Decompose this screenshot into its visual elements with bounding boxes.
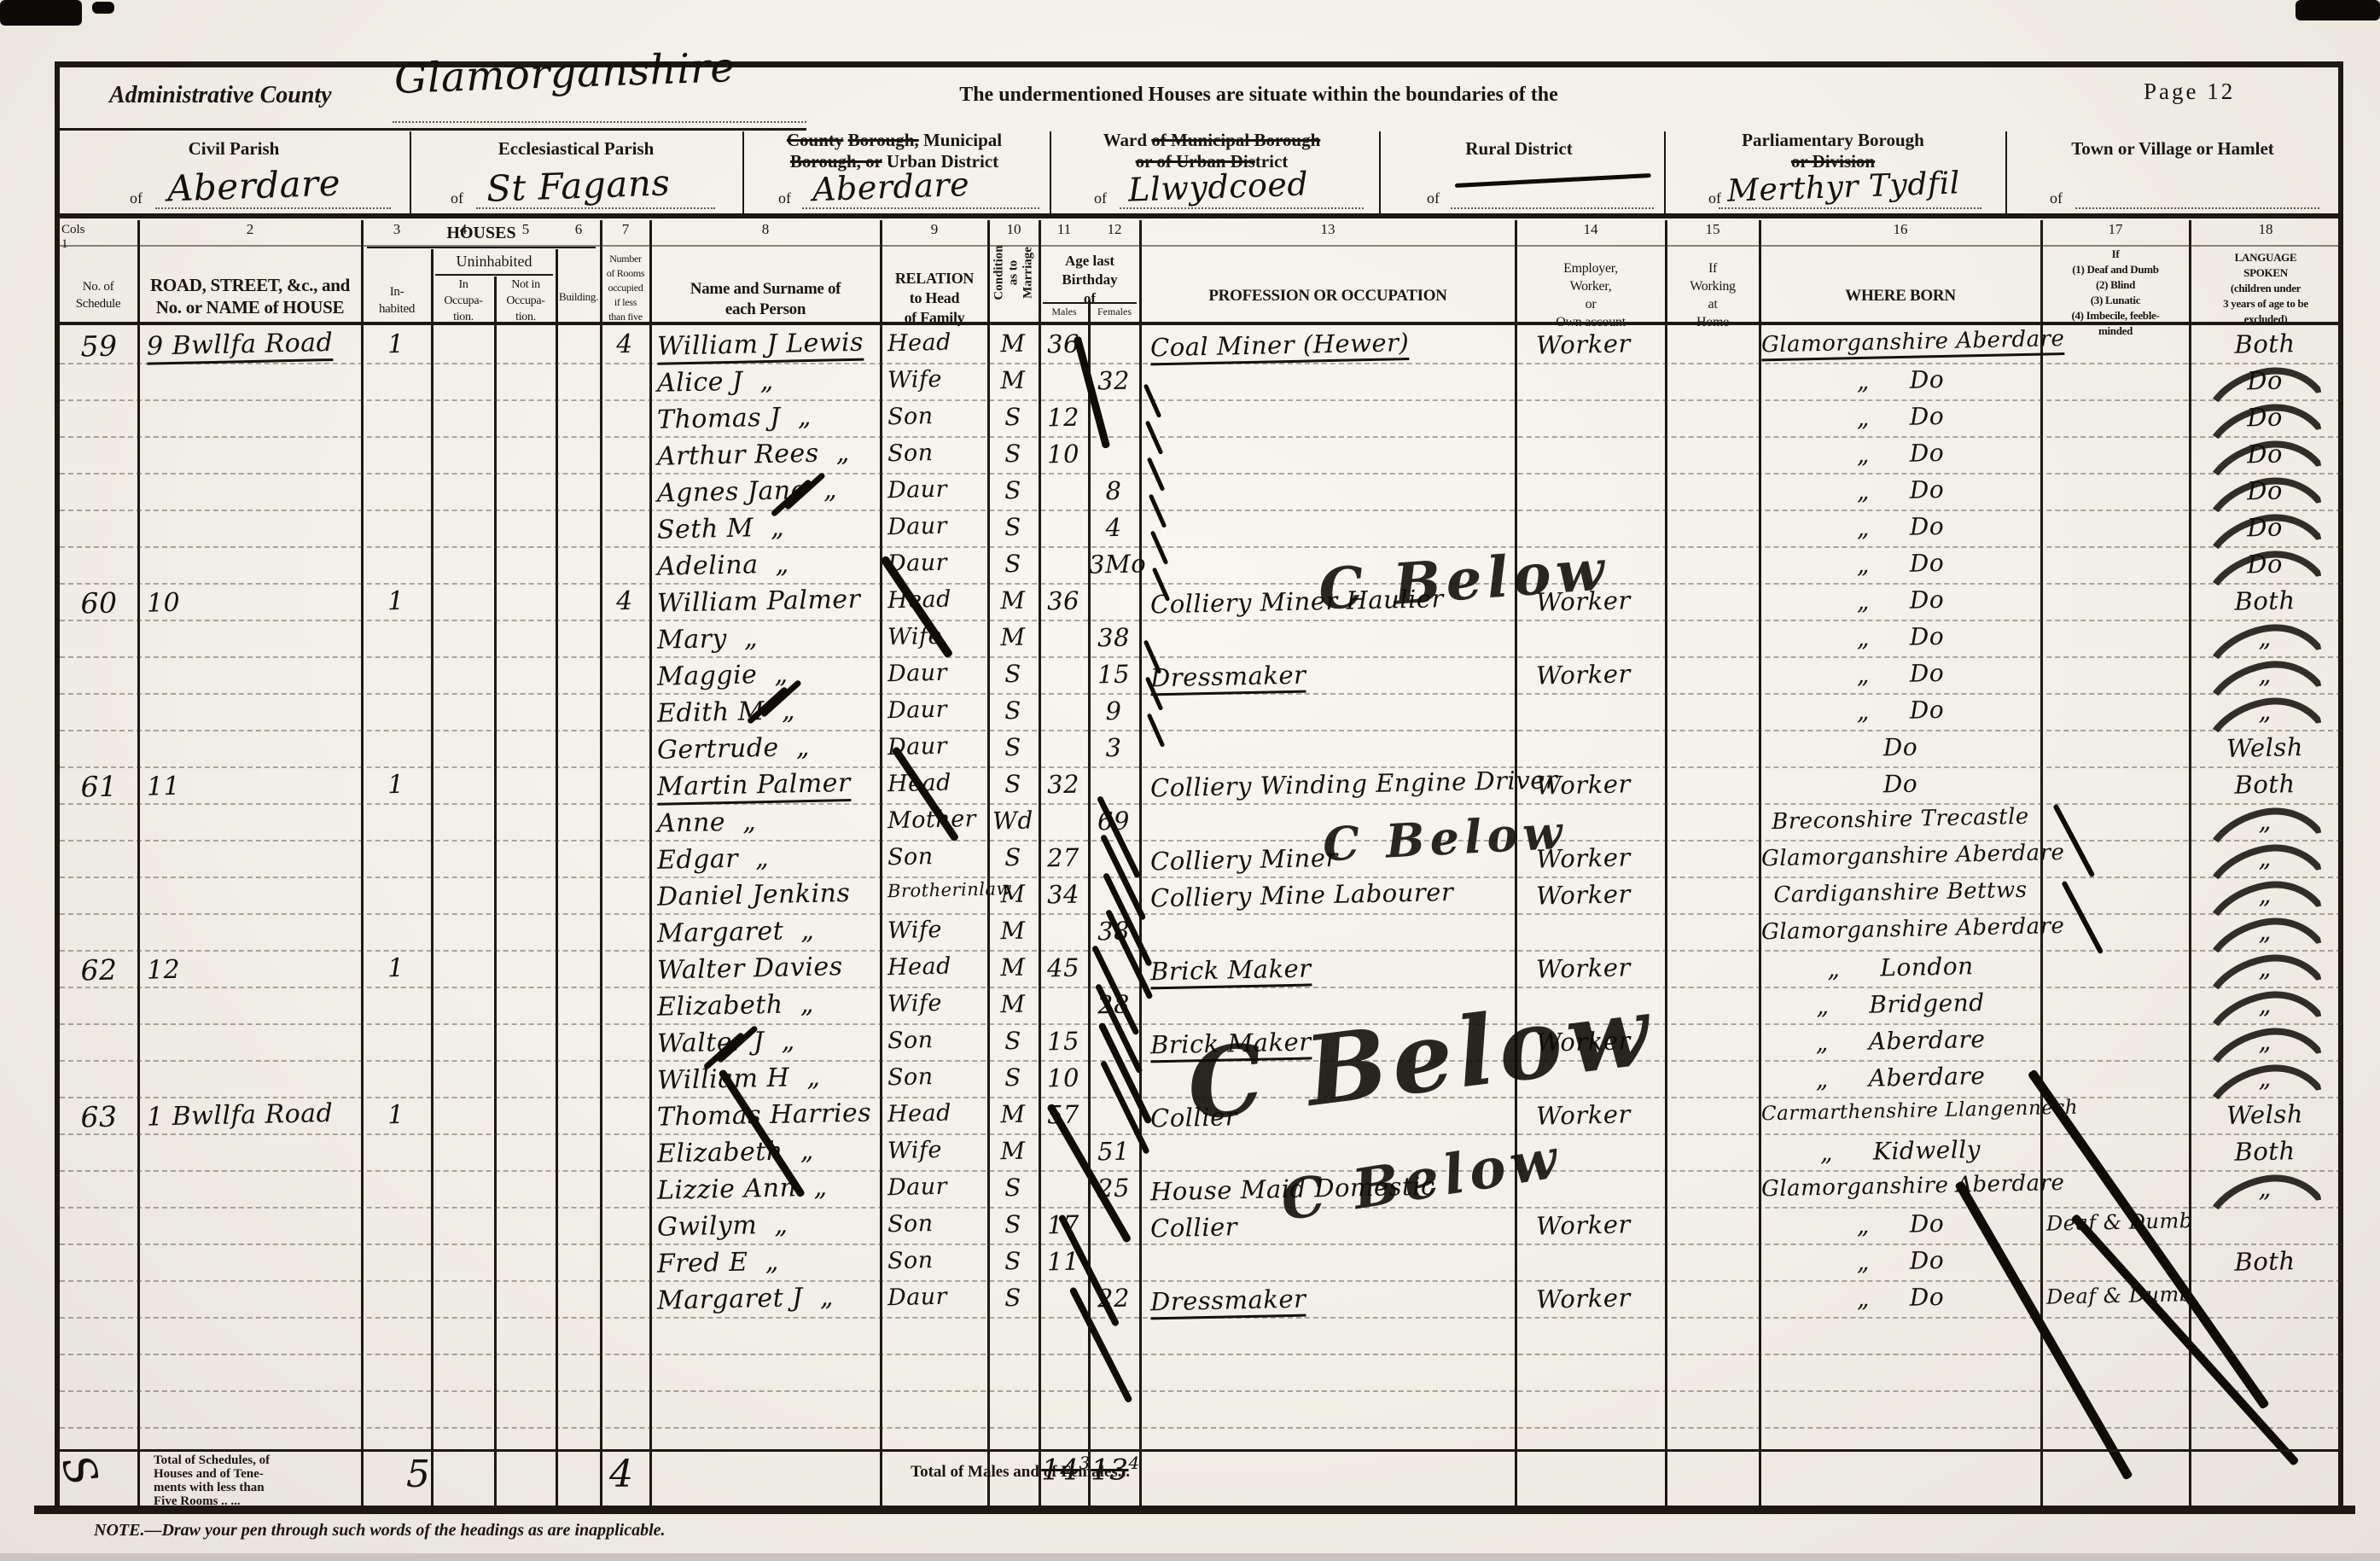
scan-artifact (0, 0, 82, 26)
column-header: to Head (882, 289, 986, 307)
cell-schedule-number: 59 (63, 329, 136, 364)
district-label: Town or Village or Hamlet (1985, 138, 2360, 160)
district-of-label: of (2050, 189, 2063, 207)
cell-road-name: 11 (147, 767, 358, 801)
cell-age-female: 51 (1089, 1136, 1139, 1166)
cell-where-born: „ Do (1761, 620, 2040, 655)
cell-name: Daniel Jenkins (657, 877, 882, 912)
column-header: LANGUAGE (2191, 251, 2340, 265)
column-header: WHERE BORN (1761, 287, 2040, 306)
page-number: Page 12 (2144, 79, 2235, 105)
cell-relation: Wife (887, 989, 987, 1017)
column-header: In- (364, 285, 430, 300)
cell-where-born: Glamorganshire Aberdare (1761, 327, 2040, 358)
cell-where-born: „ Do (1761, 547, 2040, 581)
district-underline (2075, 207, 2319, 209)
column-number: 8 (731, 221, 800, 238)
houses-underline (367, 247, 596, 248)
border-left (55, 61, 60, 1512)
column-line (1139, 220, 1142, 1509)
cell-condition: S (988, 732, 1039, 761)
column-number: 7 (591, 221, 660, 238)
district-underline (476, 207, 715, 209)
cell-where-born: „ Do (1761, 400, 2040, 434)
cell-employer: Worker (1536, 768, 1673, 800)
cell-where-born: „ Do (1761, 364, 2040, 398)
column-header: (3) Lunatic (2043, 294, 2188, 307)
cell-employer: Worker (1536, 878, 1673, 910)
cell-inhabited: 1 (362, 769, 431, 801)
cell-condition: S (988, 1283, 1039, 1312)
cell-relation: Daur (887, 549, 987, 577)
houses-group-label: HOUSES (362, 224, 601, 243)
cell-schedule-number: 60 (63, 585, 136, 620)
district-label: Parliamentary Borough (1645, 130, 2021, 151)
column-line (649, 220, 652, 1509)
cell-where-born: Glamorganshire Aberdare (1761, 1171, 2040, 1203)
cell-age-male: 34 (1039, 879, 1088, 909)
cell-name: Maggie „ (657, 657, 882, 691)
cell-relation: Daur (887, 512, 987, 540)
cell-condition: M (988, 879, 1039, 908)
cell-condition: S (988, 402, 1039, 431)
cell-road-name: 10 (147, 584, 358, 618)
cell-age-male: 12 (1039, 402, 1088, 432)
cell-relation: Head (887, 769, 987, 797)
district-underline (155, 207, 391, 209)
cell-condition: S (988, 842, 1039, 871)
cell-where-born: „ Do (1761, 694, 2040, 728)
cell-rooms: 4 (601, 585, 649, 616)
district-value: Llwydcoed (1127, 165, 1309, 208)
column-number: 2 (216, 221, 284, 238)
district-value: Aberdare (812, 166, 969, 208)
cell-name: Elizabeth „ (657, 987, 882, 1022)
cell-condition: M (988, 585, 1039, 614)
cell-age-male: 15 (1039, 1026, 1088, 1056)
cell-name: Fred E „ (657, 1244, 882, 1279)
c-below-scrawl: C Below (1322, 805, 1569, 872)
totals-label: Five Rooms .. ... (154, 1494, 358, 1509)
scan-artifact (92, 2, 114, 14)
district-of-label: of (1708, 189, 1721, 207)
column-header: Building. (558, 290, 599, 304)
district-value: St Fagans (486, 161, 671, 209)
column-header: or (1517, 297, 1664, 312)
cell-where-born: Cardiganshire Bettws (1761, 877, 2040, 909)
cell-language: Both (2190, 768, 2341, 801)
cell-where-born: Glamorganshire Aberdare (1761, 326, 2065, 361)
cell-age-female: 15 (1089, 659, 1139, 689)
cell-condition: M (988, 916, 1039, 945)
column-header: as to (1007, 222, 1021, 324)
footer-note: NOTE.—Draw your pen through such words o… (94, 1521, 666, 1541)
column-header: Worker, (1517, 279, 1664, 294)
cell-profession: Coal Miner (Hewer) (1150, 326, 1510, 363)
totals-females-value: 13 (1091, 1453, 1128, 1487)
cell-condition: S (988, 475, 1039, 504)
cell-relation: Son (887, 402, 987, 430)
column-header: Condition (992, 222, 1007, 324)
cell-road-name: 9 Bwllfa Road (147, 328, 334, 365)
cell-condition: M (988, 1099, 1039, 1128)
cell-age-female: 32 (1089, 365, 1139, 395)
district-value: Merthyr Tydfil (1726, 166, 1960, 208)
cell-relation: Wife (887, 365, 987, 393)
cell-where-born: Do (1761, 731, 2040, 765)
district-of-label: of (130, 189, 143, 207)
cell-profession: Dressmaker (1150, 1284, 1306, 1320)
column-header: No. of (60, 280, 137, 294)
age-group-label: Birthday (1039, 271, 1140, 288)
totals-males-value: 14 (1041, 1453, 1079, 1487)
cell-relation: Son (887, 842, 987, 871)
column-header: if less (602, 296, 649, 309)
cell-employer: Worker (1536, 658, 1673, 690)
cell-condition: S (988, 696, 1039, 725)
cell-condition: Wd (988, 806, 1039, 835)
cell-age-male: 45 (1039, 952, 1088, 982)
district-underline (1719, 207, 1981, 209)
colnum-rule (58, 245, 2343, 247)
uninhabited-label: Uninhabited (432, 253, 556, 271)
cell-profession: Colliery Mine Labourer (1150, 877, 1510, 913)
row-line (60, 1427, 2342, 1429)
totals-schedule-mark: S (51, 1449, 108, 1493)
cell-profession: Colliery Winding Engine Driver (1150, 766, 1510, 803)
district-label-part: Ecclesiastical Parish (498, 138, 655, 159)
column-header: occupied (602, 282, 649, 294)
situate-line: The undermentioned Houses are situate wi… (811, 84, 1707, 107)
cell-condition: S (988, 1246, 1039, 1275)
column-number: 14 (1557, 221, 1625, 238)
column-header: (2) Blind (2043, 278, 2188, 292)
cell-name: Agnes Jane „ (657, 474, 882, 508)
cell-name: Anne „ (657, 804, 882, 838)
column-line (494, 277, 497, 1509)
column-number: 16 (1866, 221, 1935, 238)
cell-condition: S (988, 1173, 1039, 1202)
district-underline (1451, 207, 1654, 209)
totals-top-rule (58, 1449, 2343, 1452)
cell-name: Martin Palmer (657, 767, 882, 801)
cell-where-born: „ Do (1761, 510, 2040, 545)
cell-where-born: Glamorganshire Aberdare (1761, 914, 2040, 946)
cell-condition: S (988, 439, 1039, 468)
cell-rooms: 4 (601, 329, 649, 359)
column-number: 17 (2081, 221, 2150, 238)
column-line (137, 220, 140, 1509)
cell-where-born: Breconshire Trecastle (1761, 804, 2040, 836)
column-header-rotated: Conditionas toMarriage (992, 222, 1036, 324)
cell-age-female: 3Mo (1089, 549, 1139, 579)
scan-edge (0, 1553, 2380, 1561)
cell-schedule-number: 62 (63, 952, 136, 987)
cell-relation: Son (887, 439, 987, 467)
cell-road-name: 9 Bwllfa Road (147, 327, 358, 361)
pen-stroke (1455, 173, 1651, 188)
cell-relation: Head (887, 329, 987, 357)
cell-name: Mary „ (657, 620, 882, 655)
column-number: 12 (1080, 221, 1149, 238)
column-header: If (1667, 261, 1758, 277)
cell-where-born: „ Aberdare (1761, 1024, 2040, 1058)
cell-condition: S (988, 512, 1039, 541)
district-of-label: of (451, 189, 463, 207)
district-label-part: of Municipal Borough (1151, 130, 1320, 150)
cell-employer: Worker (1536, 1282, 1673, 1313)
cell-inhabited: 1 (362, 952, 431, 984)
cell-condition: M (988, 989, 1039, 1018)
column-line (1515, 220, 1517, 1509)
district-label: or Division (1645, 151, 2021, 172)
cell-relation: Daur (887, 696, 987, 724)
border-bottom (34, 1506, 2355, 1514)
column-number: 18 (2232, 221, 2300, 238)
cell-where-born: Do (1761, 767, 2040, 801)
cell-name: William Palmer (657, 584, 882, 618)
cell-where-born: „ Do (1761, 657, 2040, 691)
cell-where-born: „ Do (1761, 584, 2040, 618)
cell-profession: Brick Maker (1150, 953, 1312, 989)
cell-name: Adelina „ (657, 547, 882, 581)
cell-age-female: 3 (1089, 732, 1139, 762)
cell-relation: Wife (887, 1136, 987, 1164)
column-header: If (2043, 248, 2188, 261)
district-bottom-rule (58, 213, 2343, 218)
cell-infirmity: Deaf & Dumb (2046, 1209, 2189, 1235)
totals-females-value: 134 (1091, 1453, 1140, 1487)
district-label-part: Town or Village or Hamlet (2071, 138, 2274, 159)
cell-name: Thomas Harries (657, 1098, 882, 1132)
cell-relation: Daur (887, 475, 987, 504)
column-header: No. or NAME of HOUSE (140, 297, 360, 318)
cell-name: Arthur Rees „ (657, 437, 882, 471)
pen-stroke (2061, 881, 2104, 955)
cell-condition: S (988, 769, 1039, 798)
column-header: Number (602, 253, 649, 265)
column-header: Schedule (60, 297, 137, 312)
cell-condition: M (988, 1136, 1039, 1165)
age-group-label: of (1039, 290, 1140, 307)
cell-where-born: „ Do (1761, 437, 2040, 471)
admin-county-underline (393, 121, 806, 123)
cell-name: Walter Davies (657, 951, 882, 985)
cell-employer: Worker (1536, 328, 1673, 359)
age-females-label: Females (1089, 306, 1140, 318)
cell-age-male: 10 (1039, 439, 1088, 469)
cell-profession: Dressmaker (1150, 1280, 1510, 1317)
cell-schedule-number: 61 (63, 769, 136, 804)
district-label-part: Municipal (919, 130, 1002, 150)
cell-condition: S (988, 1026, 1039, 1055)
cell-inhabited: 1 (362, 585, 431, 617)
cell-name: Gwilym „ (657, 1208, 882, 1242)
district-value: Aberdare (166, 161, 341, 209)
cell-name: Margaret „ (657, 914, 882, 948)
cell-age-female: 9 (1089, 696, 1139, 725)
column-header: In (434, 278, 493, 292)
cell-age-male: 27 (1039, 842, 1088, 872)
column-header: Occupa- (497, 294, 555, 308)
cell-condition: M (988, 622, 1039, 651)
cell-name: William J Lewis (657, 328, 864, 365)
district-underline (1120, 207, 1364, 209)
cell-age-male: 36 (1039, 585, 1088, 615)
cell-inhabited: 1 (362, 329, 431, 360)
cell-relation: Daur (887, 1283, 987, 1311)
column-header: 3 years of age to be (2191, 297, 2340, 311)
cell-name: Alice J „ (657, 364, 882, 398)
cell-language: Both (2190, 1245, 2341, 1278)
district-of-label: of (1094, 189, 1107, 207)
district-label-part: Ward (1103, 130, 1152, 150)
uninhabited-underline (435, 274, 553, 276)
column-line (361, 220, 364, 1509)
cell-condition: S (988, 1209, 1039, 1238)
cell-age-male: 10 (1039, 1063, 1088, 1092)
totals-females-value-correction: 4 (1129, 1453, 1140, 1473)
cell-condition: M (988, 952, 1039, 981)
column-header: of Rooms (602, 267, 649, 280)
census-sheet: Administrative County Glamorganshire The… (0, 0, 2380, 1561)
column-number: 13 (1294, 221, 1362, 238)
column-header: at (1667, 297, 1758, 312)
cell-relation: Head (887, 952, 987, 981)
cell-name: William J Lewis (657, 327, 882, 361)
totals-schedules-value: 5 (406, 1453, 431, 1496)
header-bottom-rule (58, 322, 2343, 325)
column-header: SPOKEN (2191, 266, 2340, 280)
column-header: each Person (652, 300, 879, 319)
column-header: (1) Deaf and Dumb (2043, 263, 2188, 277)
cell-relation: Son (887, 1246, 987, 1274)
column-number: 9 (900, 221, 969, 238)
district-label-part: Civil Parish (189, 138, 280, 159)
cell-name: Seth M „ (657, 510, 882, 545)
column-header: Employer, (1517, 261, 1664, 277)
cell-where-born: „ Bridgend (1761, 987, 2040, 1022)
totals-label: Houses and of Tene- (154, 1467, 358, 1482)
admin-rule (58, 128, 806, 131)
cell-condition: S (988, 659, 1039, 688)
cell-relation: Daur (887, 659, 987, 687)
cell-language: Both (2190, 328, 2341, 360)
cell-where-born: Carmarthenshire Llangennech (1761, 1098, 2040, 1126)
row-line (60, 1390, 2342, 1392)
column-header: ROAD, STREET, &c., and (140, 275, 360, 296)
district-of-label: of (1427, 189, 1440, 207)
district-underline (802, 207, 1039, 209)
column-header: minded (2043, 324, 2188, 338)
cell-profession: Dressmaker (1150, 656, 1510, 693)
cell-name: Walter J „ (657, 1024, 882, 1058)
cell-name: Lizzie Ann „ (657, 1171, 882, 1205)
column-header: (4) Imbecile, feeble- (2043, 309, 2188, 323)
column-header: Name and Surname of (652, 280, 879, 299)
cell-profession: Coal Miner (Hewer) (1150, 328, 1410, 365)
cell-name: Edgar „ (657, 841, 882, 875)
district-label-part: Rural District (1465, 138, 1572, 159)
cell-age-female: 4 (1089, 512, 1139, 542)
cell-condition: M (988, 329, 1039, 358)
cell-where-born: „ Do (1761, 1281, 2040, 1315)
column-header: Not in (497, 278, 555, 292)
totals-rooms-value: 4 (609, 1453, 634, 1496)
admin-county-value: Glamorganshire (393, 44, 736, 103)
cell-name: Martin Palmer (657, 768, 852, 806)
column-header: habited (364, 302, 430, 317)
cell-name: Gertrude „ (657, 731, 882, 765)
column-header: (children under (2191, 282, 2340, 295)
cell-relation: Daur (887, 1173, 987, 1201)
column-header: RELATION (882, 270, 986, 288)
age-underline (1043, 302, 1137, 304)
cell-name: Thomas J „ (657, 400, 882, 434)
district-label-part: Parliamentary Borough (1742, 130, 1924, 150)
cell-relation: Son (887, 1063, 987, 1091)
column-line (556, 249, 558, 1509)
age-group-label: Age last (1039, 253, 1140, 270)
cell-condition: S (988, 1063, 1039, 1092)
cell-age-female: 8 (1089, 475, 1139, 505)
cell-inhabited: 1 (362, 1099, 431, 1131)
cell-road-name: 12 (147, 951, 358, 985)
cell-age-female: 38 (1089, 622, 1139, 652)
cell-where-born: „ Do (1761, 474, 2040, 508)
scan-artifact (2296, 0, 2380, 20)
cell-language: Both (2190, 1135, 2341, 1168)
cell-name: Margaret J „ (657, 1281, 882, 1315)
cell-relation: Brotherinlaw (887, 879, 986, 901)
cell-where-born: „ Do (1761, 1208, 2040, 1242)
cell-relation: Son (887, 1209, 987, 1238)
totals-males-value-correction: 3 (1079, 1453, 1091, 1473)
cell-road-name: 1 Bwllfa Road (147, 1098, 358, 1132)
cell-profession: Brick Maker (1150, 950, 1510, 987)
column-number: 15 (1679, 221, 1747, 238)
cell-condition: M (988, 365, 1039, 394)
cell-infirmity: Deaf & Dumb (2046, 1282, 2189, 1308)
column-header: PROFESSION OR OCCUPATION (1142, 287, 1514, 306)
district-of-label: of (778, 189, 791, 207)
cell-age-male: 32 (1039, 769, 1088, 799)
column-line (431, 249, 434, 1509)
cell-schedule-number: 63 (63, 1099, 136, 1134)
totals-label: Total of Schedules, of (154, 1453, 358, 1468)
cell-relation: Head (887, 1099, 987, 1127)
column-line (600, 220, 602, 1509)
cell-relation: Son (887, 1026, 987, 1054)
cell-name: William H „ (657, 1061, 882, 1095)
cell-where-born: Glamorganshire Aberdare (1761, 841, 2040, 872)
cell-relation: Wife (887, 916, 987, 944)
cell-where-born: „ Kidwelly (1761, 1134, 2040, 1168)
column-number: Cols 1 (61, 223, 85, 252)
admin-county-label: Administrative County (109, 82, 332, 109)
totals-males-value: 143 (1041, 1453, 1091, 1487)
cell-employer: Worker (1536, 1209, 1673, 1240)
cell-profession: Dressmaker (1150, 661, 1306, 696)
district-label-part: County (787, 130, 844, 150)
district-label-part: Borough, (848, 130, 919, 150)
column-header: Working (1667, 279, 1758, 294)
row-line (60, 1354, 2342, 1355)
column-header: Occupa- (434, 294, 493, 308)
age-males-label: Males (1039, 306, 1089, 318)
cell-where-born: „ Aberdare (1761, 1061, 2040, 1095)
cell-where-born: „ London (1761, 951, 2040, 985)
